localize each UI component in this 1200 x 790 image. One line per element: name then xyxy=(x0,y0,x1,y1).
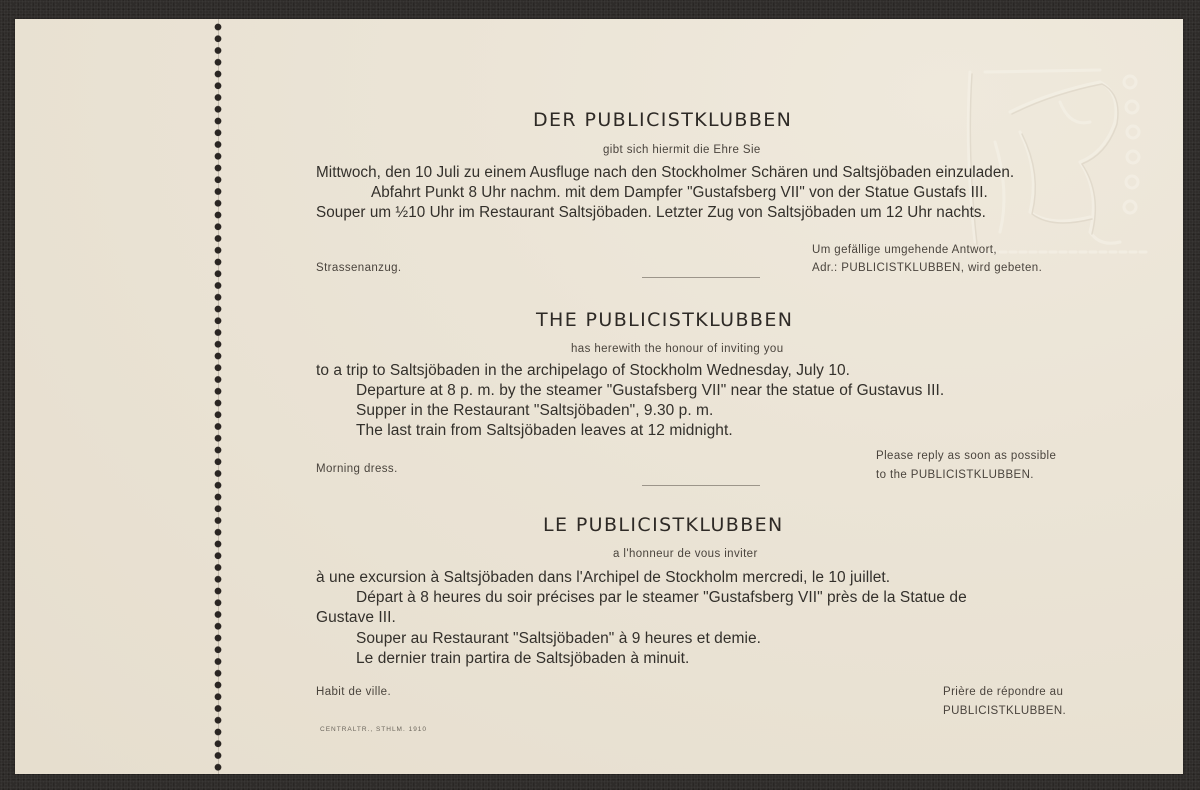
german-reply-line-1: Um gefällige umgehende Antwort, xyxy=(812,244,997,256)
english-line-4: The last train from Saltsjöbaden leaves … xyxy=(356,422,733,440)
section-divider xyxy=(642,277,760,278)
german-dress-code: Strassenanzug. xyxy=(316,262,402,274)
french-line-4: Souper au Restaurant "Saltsjöbaden" à 9 … xyxy=(356,630,761,648)
german-line-2: Abfahrt Punkt 8 Uhr nachm. mit dem Dampf… xyxy=(371,184,988,202)
printer-mark: CENTRALTR., STHLM. 1910 xyxy=(320,726,427,733)
german-line-1: Mittwoch, den 10 Juli zu einem Ausfluge … xyxy=(316,164,1014,182)
english-line-3: Supper in the Restaurant "Saltsjöbaden",… xyxy=(356,402,713,420)
french-line-2: Départ à 8 heures du soir précises par l… xyxy=(356,589,967,607)
embossed-emblem-icon xyxy=(950,52,1150,257)
french-line-1: à une excursion à Saltsjöbaden dans l'Ar… xyxy=(316,569,890,587)
english-line-2: Departure at 8 p. m. by the steamer "Gus… xyxy=(356,382,944,400)
french-line-5: Le dernier train partira de Saltsjöbaden… xyxy=(356,650,689,668)
french-subtitle: a l'honneur de vous inviter xyxy=(613,548,758,560)
invitation-card: DER PUBLICISTKLUBBEN gibt sich hiermit d… xyxy=(15,19,1183,774)
english-reply-line-2: to the PUBLICISTKLUBBEN. xyxy=(876,469,1034,481)
french-line-3: Gustave III. xyxy=(316,609,396,627)
english-dress-code: Morning dress. xyxy=(316,463,398,475)
english-line-1: to a trip to Saltsjöbaden in the archipe… xyxy=(316,362,850,380)
german-line-3: Souper um ½10 Uhr im Restaurant Saltsjöb… xyxy=(316,204,986,222)
german-reply-line-2: Adr.: PUBLICISTKLUBBEN, wird gebeten. xyxy=(812,262,1042,274)
english-reply-line-1: Please reply as soon as possible xyxy=(876,450,1056,462)
german-subtitle: gibt sich hiermit die Ehre Sie xyxy=(603,144,761,156)
french-reply-line-2: PUBLICISTKLUBBEN. xyxy=(943,705,1066,717)
section-divider xyxy=(642,485,760,486)
french-dress-code: Habit de ville. xyxy=(316,686,391,698)
english-subtitle: has herewith the honour of inviting you xyxy=(571,343,784,355)
french-reply-line-1: Prière de répondre au xyxy=(943,686,1063,698)
perforation-holes xyxy=(212,21,224,773)
